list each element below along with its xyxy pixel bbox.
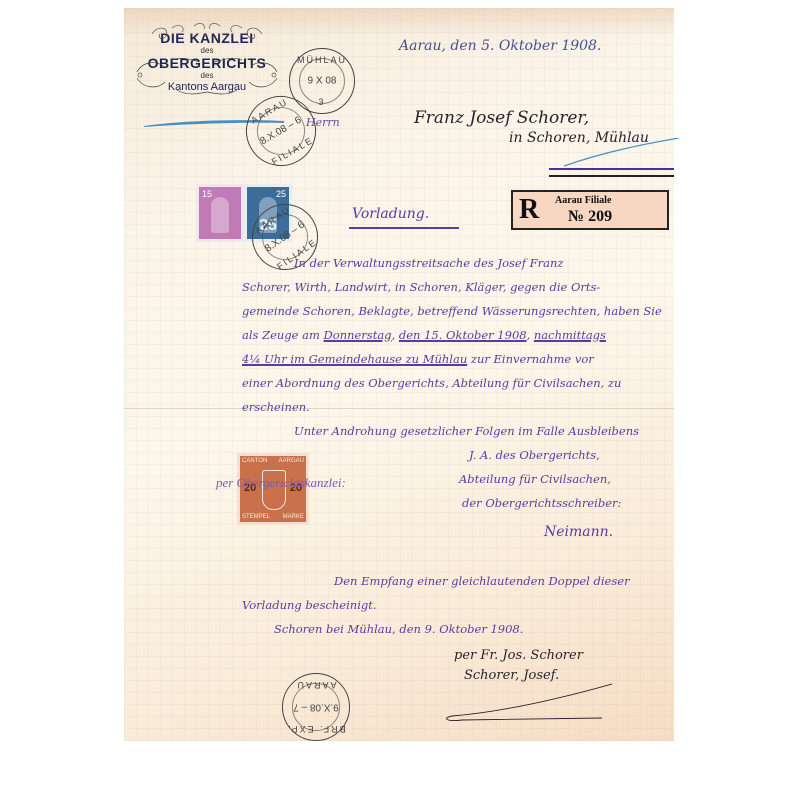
document-page: DIE KANZLEI des OBERGERICHTS des Kantons…	[124, 8, 674, 741]
registration-office: Aarau Filiale	[555, 195, 611, 206]
closing-line: Abteilung für Civilsachen,	[459, 472, 611, 486]
letterhead-line1: DIE KANZLEI	[132, 30, 282, 46]
postage-stamp-15: 15	[196, 184, 244, 242]
recipient-signature-1: per Fr. Jos. Schorer	[454, 648, 583, 663]
receipt-line: Den Empfang einer gleichlautenden Doppel…	[334, 574, 630, 588]
fold-line	[124, 408, 674, 409]
letterhead: DIE KANZLEI des OBERGERICHTS des Kantons…	[132, 20, 282, 93]
blue-strike-line	[564, 138, 679, 168]
receipt-line: Schoren bei Mühlau, den 9. Oktober 1908.	[274, 622, 523, 636]
body-line: gemeinde Schoren, Beklagte, betreffend W…	[242, 304, 662, 318]
body-line: einer Abordnung des Obergerichts, Abteil…	[242, 376, 621, 390]
address-rule-purple	[549, 168, 674, 170]
signature-flourish	[442, 678, 612, 728]
receipt-line: Vorladung bescheinigt.	[242, 598, 377, 612]
body-line-underlined: 4¼ Uhr im Gemeindehause zu Mühlau zur Ei…	[242, 352, 594, 366]
title-underline	[349, 227, 459, 229]
court-signature: Neimann.	[544, 524, 613, 540]
postmark-aarau-brf-exp: BRF. EXP. 9.X.08 – 7 AARAU	[282, 673, 350, 741]
letterhead-des1: des	[132, 46, 282, 55]
body-line: Schorer, Wirth, Landwirt, in Schoren, Kl…	[242, 280, 600, 294]
letterhead-line3: Kantons Aargau	[132, 81, 282, 93]
place-date: Aarau, den 5. Oktober 1908.	[399, 38, 601, 54]
closing-line: J. A. des Obergerichts,	[469, 448, 600, 462]
body-line-underlined: als Zeuge am Donnerstag, den 15. Oktober…	[242, 328, 606, 342]
registration-number: № 209	[568, 208, 612, 226]
body-line: erscheinen.	[242, 400, 310, 414]
body-line: Unter Androhung gesetzlicher Folgen im F…	[294, 424, 639, 438]
letterhead-des2: des	[132, 71, 282, 80]
recipient-name: Franz Josef Schorer,	[414, 108, 589, 128]
registered-letter-mark: R	[519, 194, 539, 226]
document-title: Vorladung.	[352, 206, 429, 222]
office-rubber-stamp: per Obergerichtskanzlei:	[216, 475, 346, 491]
registration-label: R Aarau Filiale № 209	[511, 190, 669, 230]
closing-line: der Obergerichtsschreiber:	[462, 496, 621, 510]
letterhead-line2: OBERGERICHTS	[132, 55, 282, 71]
body-line: In der Verwaltungsstreitsache des Josef …	[294, 256, 563, 270]
helvetia-figure-icon	[211, 197, 229, 233]
address-rule-dark	[549, 175, 674, 177]
